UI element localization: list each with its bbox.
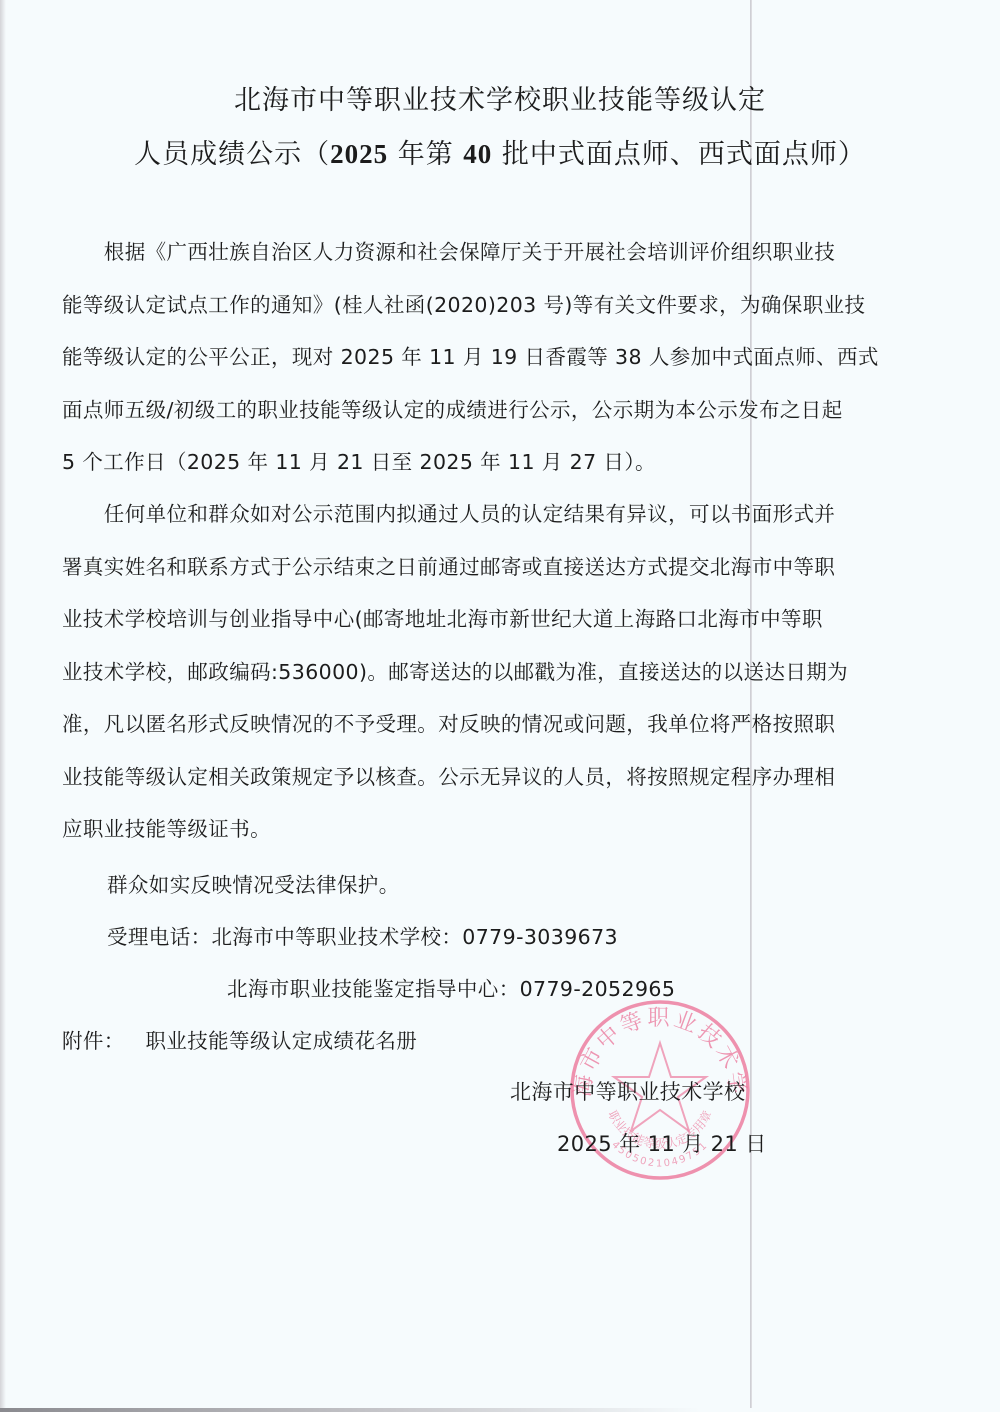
paragraph-line: 应职业技能等级证书。 — [62, 803, 942, 856]
phone-school: 北海市中等职业技术学校：0779-3039673 — [212, 925, 618, 949]
attachment-line: 附件： 职业技能等级认定成绩花名册 — [62, 1024, 417, 1054]
title-year: 2025 — [330, 139, 388, 169]
title-suffix: 批中式面点师、西式面点师） — [492, 139, 866, 170]
paragraph-line: 根据《广西壮族自治区人力资源和社会保障厅关于开展社会培训评价组织职业技 — [62, 226, 942, 279]
phone-line-1: 受理电话：北海市中等职业技术学校：0779-3039673 — [107, 920, 618, 950]
paragraph-line: 能等级认定试点工作的通知》(桂人社函(2020)203 号)等有关文件要求，为确… — [62, 279, 942, 332]
paragraph-line: 能等级认定的公平公正，现对 2025 年 11 月 19 日香霞等 38 人参加… — [62, 331, 942, 384]
attachment-label: 附件： — [62, 1029, 125, 1053]
paragraph-line: 5 个工作日（2025 年 11 月 21 日至 2025 年 11 月 27 … — [62, 436, 942, 489]
title-prefix: 人员成绩公示（ — [134, 139, 330, 170]
attachment-name: 职业技能等级认定成绩花名册 — [145, 1029, 417, 1053]
title-batch: 40 — [463, 139, 492, 169]
paragraph-line: 业技能等级认定相关政策规定予以核查。公示无异议的人员，将按照规定程序办理相 — [62, 751, 942, 804]
paragraph-line: 任何单位和群众如对公示范围内拟通过人员的认定结果有异议，可以书面形式并 — [62, 488, 942, 541]
signature-organization: 北海市中等职业技术学校 — [510, 1076, 745, 1106]
document-title-line-2: 人员成绩公示（2025 年第 40 批中式面点师、西式面点师） — [0, 132, 1000, 171]
paragraph-line: 面点师五级/初级工的职业技能等级认定的成绩进行公示，公示期为本公示发布之日起 — [62, 384, 942, 437]
legal-protection-note: 群众如实反映情况受法律保护。 — [107, 868, 400, 898]
title-mid: 年第 — [388, 139, 463, 170]
scan-bottom-edge — [0, 1408, 1000, 1412]
paragraph-line: 业技术学校，邮政编码:536000)。邮寄送达的以邮戳为准，直接送达的以送达日期… — [62, 646, 942, 699]
paragraph-announcement: 根据《广西壮族自治区人力资源和社会保障厅关于开展社会培训评价组织职业技 能等级认… — [62, 226, 942, 489]
phone-label: 受理电话： — [107, 925, 212, 949]
paragraph-line: 业技术学校培训与创业指导中心(邮寄地址北海市新世纪大道上海路口北海市中等职 — [62, 593, 942, 646]
document-title-line-1: 北海市中等职业技术学校职业技能等级认定 — [0, 78, 1000, 117]
paragraph-line: 署真实姓名和联系方式于公示结束之日前通过邮寄或直接送达方式提交北海市中等职 — [62, 541, 942, 594]
scan-left-edge — [0, 0, 6, 1412]
signature-date: 2025 年 11 月 21 日 — [557, 1128, 767, 1158]
paragraph-line: 准，凡以匿名形式反映情况的不予受理。对反映的情况或问题，我单位将严格按照职 — [62, 698, 942, 751]
paragraph-objection: 任何单位和群众如对公示范围内拟通过人员的认定结果有异议，可以书面形式并 署真实姓… — [62, 488, 942, 856]
